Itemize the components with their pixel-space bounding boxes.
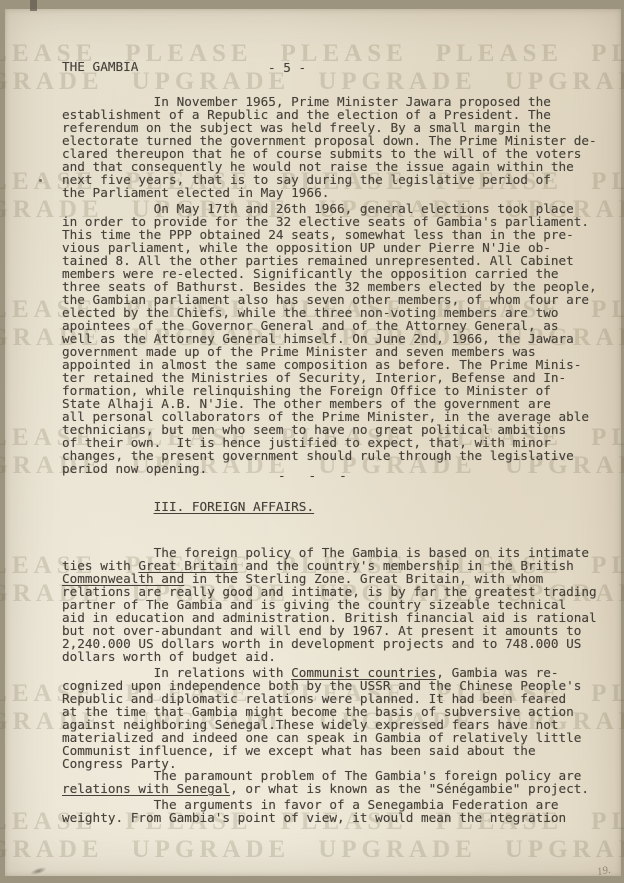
paragraph-senegambia-federation: The arguments in favor of a Senegambia F… bbox=[62, 798, 566, 824]
corner-page-number: 19. bbox=[596, 864, 612, 879]
scan-edge-notch bbox=[30, 0, 37, 11]
paragraph-elections-1966: On May 17th and 26th 1966, general elect… bbox=[62, 202, 597, 475]
document-title: THE GAMBIA bbox=[62, 60, 138, 73]
paragraph-british-ties: The foreign policy of The Gambia is base… bbox=[62, 546, 597, 663]
heading-foreign-affairs: III. FOREIGN AFFAIRS. bbox=[62, 500, 314, 513]
paragraph-republic-referendum: In November 1965, Prime Minister Jawara … bbox=[62, 95, 597, 199]
paragraph-senegal-relations: The paramount problem of The Gambia's fo… bbox=[62, 769, 589, 795]
scanned-page: PLEASEPLEASEPLEASEPLEASEPLEASEPLEASEUPGR… bbox=[0, 0, 624, 883]
paragraph-communist-countries: In relations with Communist countries, G… bbox=[62, 666, 581, 770]
separator-dashes: - - - bbox=[278, 469, 347, 482]
page-number: - 5 - bbox=[268, 61, 306, 74]
ink-speck bbox=[39, 179, 42, 182]
